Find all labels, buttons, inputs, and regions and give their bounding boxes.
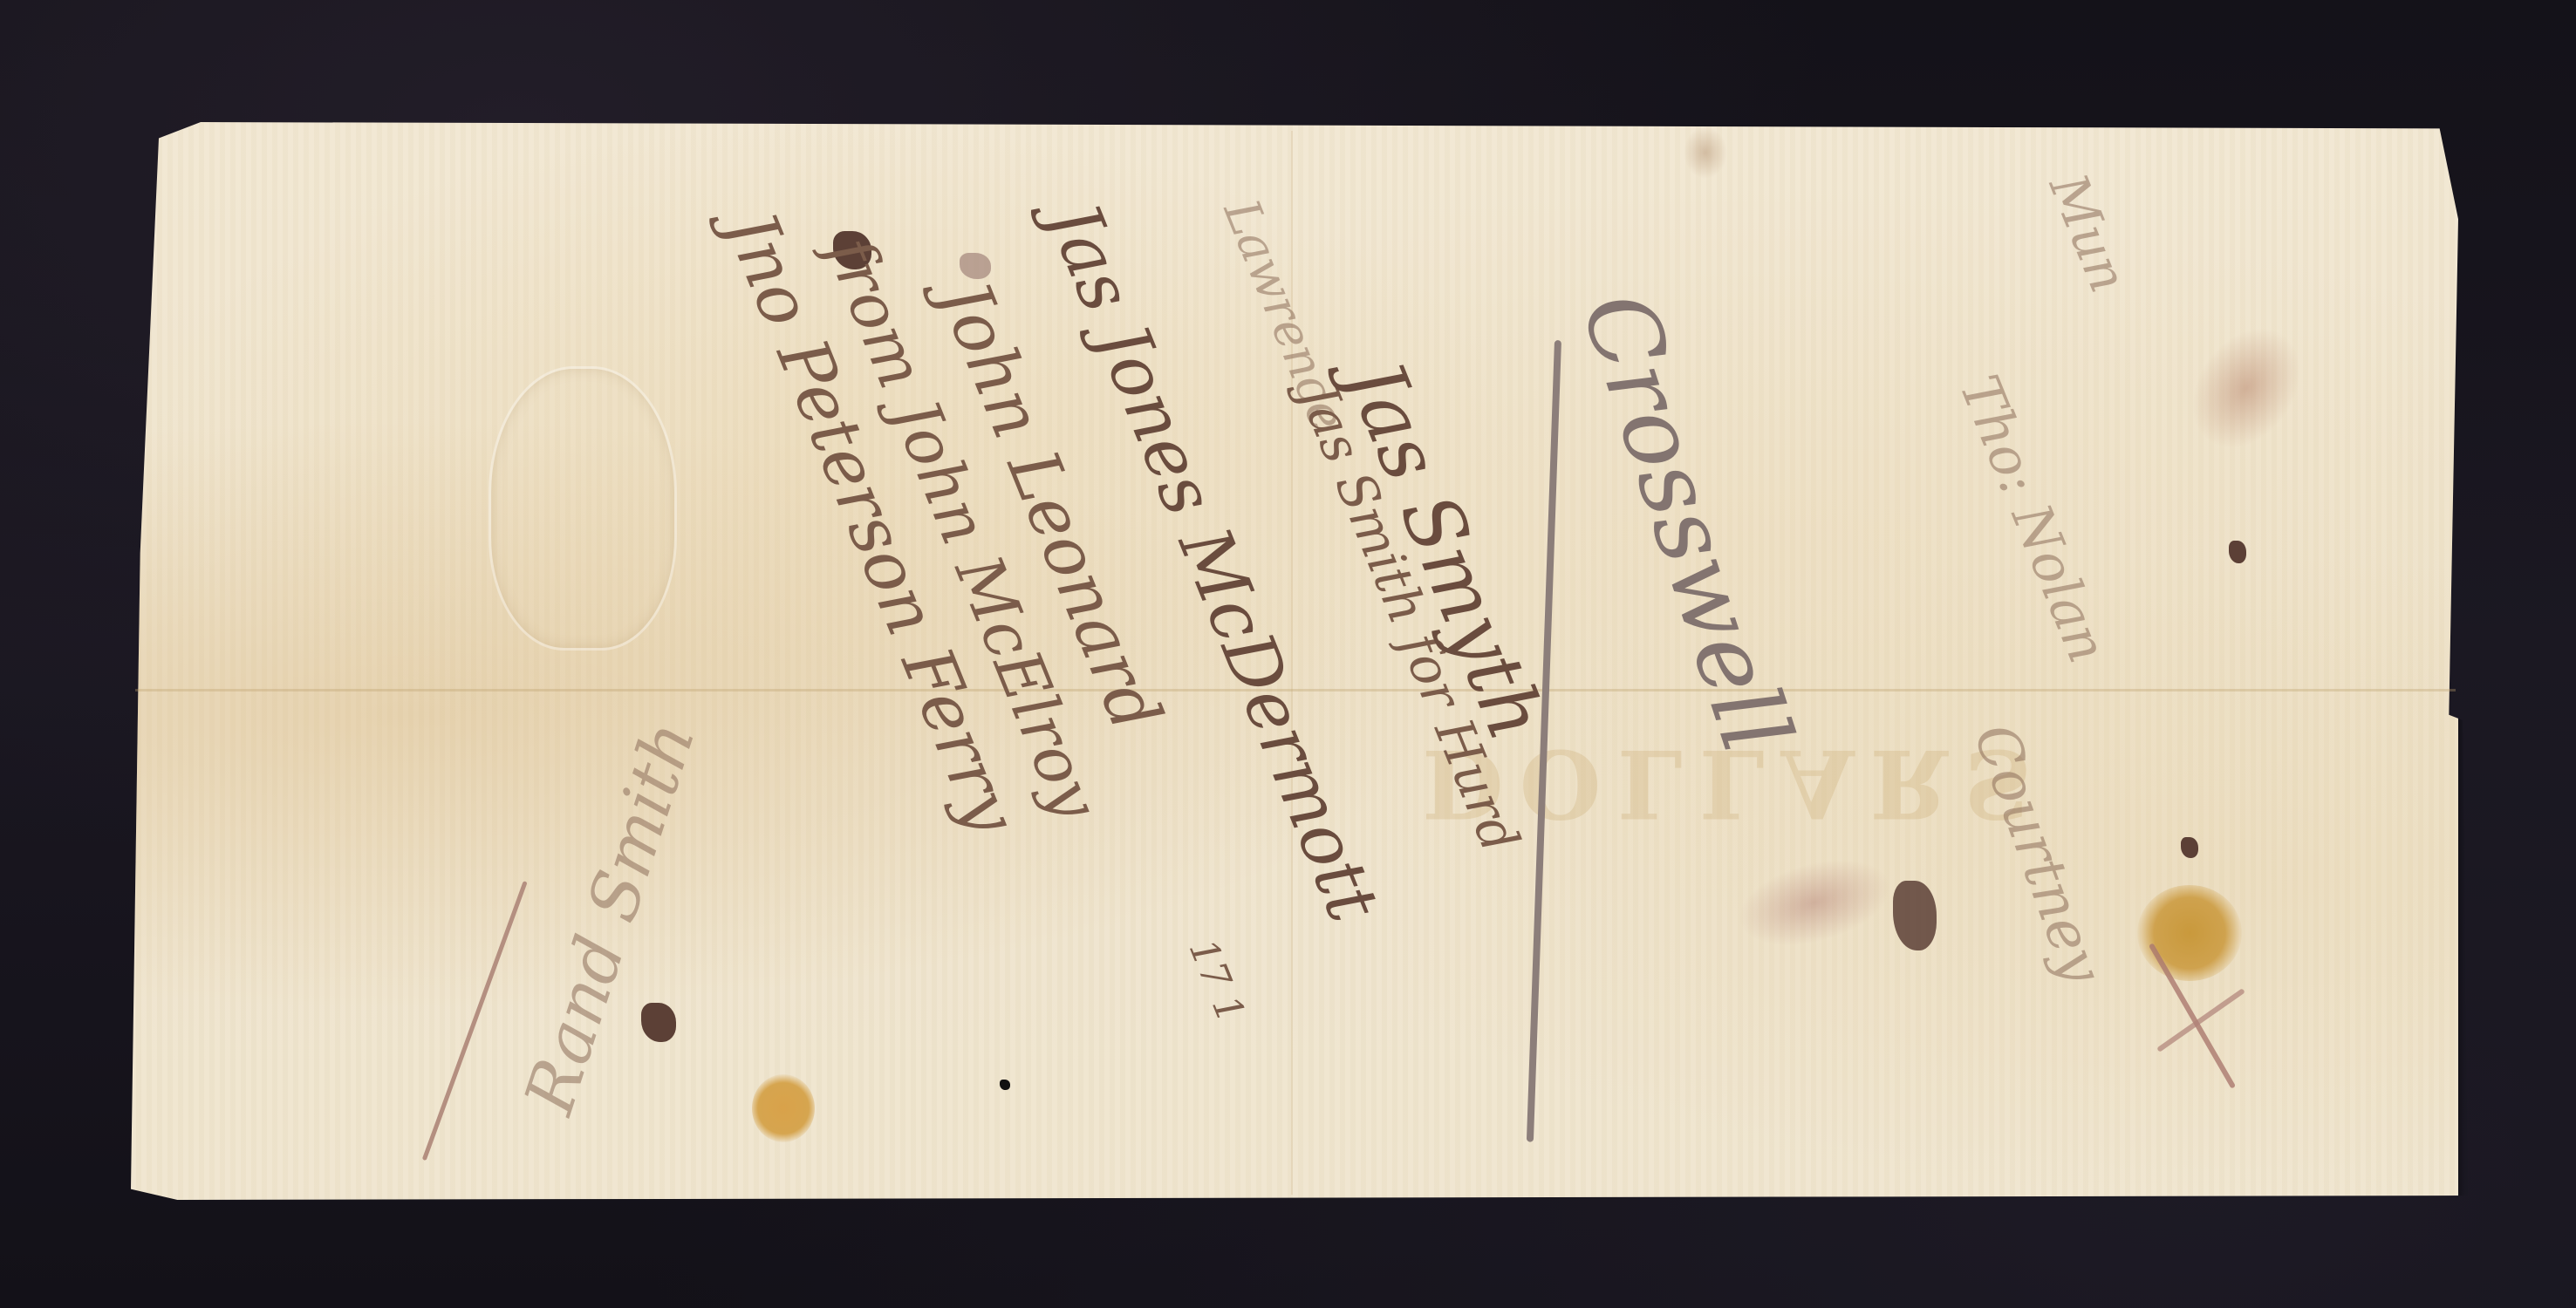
ink-blot-6: [1000, 1080, 1010, 1090]
ink-blot-2: [641, 1003, 676, 1042]
cross-stroke-b: [2156, 988, 2245, 1053]
top-stain: [1684, 126, 1727, 179]
cross-stroke-a: [2149, 943, 2236, 1089]
embossed-seal: [489, 366, 677, 651]
cross-mark: [2128, 933, 2259, 1081]
amber-stain-bottom: [752, 1074, 815, 1142]
ink-blot-4: [2181, 837, 2198, 858]
ink-blot-5: [2229, 541, 2246, 563]
